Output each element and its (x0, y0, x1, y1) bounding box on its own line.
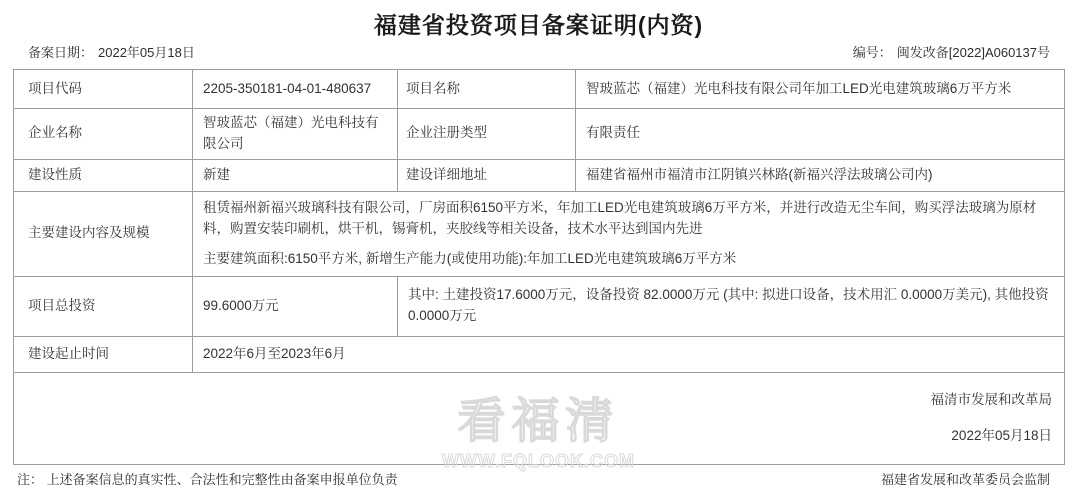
construction-period-value: 2022年6月至2023年6月 (193, 336, 1065, 372)
registration-type-label: 企业注册类型 (398, 109, 576, 160)
certificate-table: 项目代码 2205-350181-04-01-480637 项目名称 智玻蓝芯（… (13, 69, 1065, 465)
filing-date-value: 2022年05月18日 (98, 45, 195, 60)
table-row: 主要建设内容及规模 租赁福州新福兴玻璃科技有限公司，厂房面积6150平方米，年加… (14, 191, 1065, 276)
certificate-number-value: 闽发改备[2022]A060137号 (897, 45, 1050, 60)
filing-date: 备案日期：2022年05月18日 (28, 44, 195, 62)
main-content-value: 租赁福州新福兴玻璃科技有限公司，厂房面积6150平方米，年加工LED光电建筑玻璃… (193, 191, 1065, 276)
table-row: 项目总投资 99.6000万元 其中: 土建投资17.6000万元，设备投资 8… (14, 276, 1065, 336)
filing-date-label: 备案日期： (28, 45, 93, 60)
total-investment-value: 99.6000万元 (193, 276, 398, 336)
issuer-cell: 福清市发展和改革局 2022年05月18日 (14, 372, 1065, 464)
construction-address-label: 建设详细地址 (398, 159, 576, 191)
table-row: 建设性质 新建 建设详细地址 福建省福州市福清市江阴镇兴林路(新福兴浮法玻璃公司… (14, 159, 1065, 191)
main-content-paragraph-2: 主要建筑面积:6150平方米, 新增生产能力(或使用功能):年加工LED光电建筑… (203, 249, 1052, 270)
enterprise-name-label: 企业名称 (14, 109, 193, 160)
page-title: 福建省投资项目备案证明(内资) (0, 0, 1077, 40)
certificate-number-label: 编号： (853, 45, 892, 60)
certificate-number: 编号：闽发改备[2022]A060137号 (853, 44, 1050, 62)
footer-supervisor: 福建省发展和改革委员会监制 (881, 471, 1050, 488)
main-content-label: 主要建设内容及规模 (14, 191, 193, 276)
meta-row: 备案日期：2022年05月18日 编号：闽发改备[2022]A060137号 (28, 44, 1050, 62)
registration-type-value: 有限责任 (576, 109, 1065, 160)
investment-breakdown: 其中: 土建投资17.6000万元，设备投资 82.0000万元 (其中: 拟进… (398, 276, 1065, 336)
total-investment-label: 项目总投资 (14, 276, 193, 336)
project-name-value: 智玻蓝芯（福建）光电科技有限公司年加工LED光电建筑玻璃6万平方米 (576, 70, 1065, 109)
table-row: 项目代码 2205-350181-04-01-480637 项目名称 智玻蓝芯（… (14, 70, 1065, 109)
footer-row: 注： 上述备案信息的真实性、合法性和完整性由备案申报单位负责 福建省发展和改革委… (17, 471, 1050, 488)
table-row: 福清市发展和改革局 2022年05月18日 (14, 372, 1065, 464)
table-row: 企业名称 智玻蓝芯（福建）光电科技有限公司 企业注册类型 有限责任 (14, 109, 1065, 160)
issuer-authority: 福清市发展和改革局 (26, 390, 1052, 411)
construction-address-value: 福建省福州市福清市江阴镇兴林路(新福兴浮法玻璃公司内) (576, 159, 1065, 191)
main-content-paragraph-1: 租赁福州新福兴玻璃科技有限公司，厂房面积6150平方米，年加工LED光电建筑玻璃… (203, 198, 1052, 240)
table-row: 建设起止时间 2022年6月至2023年6月 (14, 336, 1065, 372)
issuer-date: 2022年05月18日 (26, 426, 1052, 447)
project-code-label: 项目代码 (14, 70, 193, 109)
enterprise-name-value: 智玻蓝芯（福建）光电科技有限公司 (193, 109, 398, 160)
footer-note: 注： 上述备案信息的真实性、合法性和完整性由备案申报单位负责 (17, 471, 398, 488)
project-code-value: 2205-350181-04-01-480637 (193, 70, 398, 109)
construction-nature-label: 建设性质 (14, 159, 193, 191)
construction-nature-value: 新建 (193, 159, 398, 191)
project-name-label: 项目名称 (398, 70, 576, 109)
construction-period-label: 建设起止时间 (14, 336, 193, 372)
